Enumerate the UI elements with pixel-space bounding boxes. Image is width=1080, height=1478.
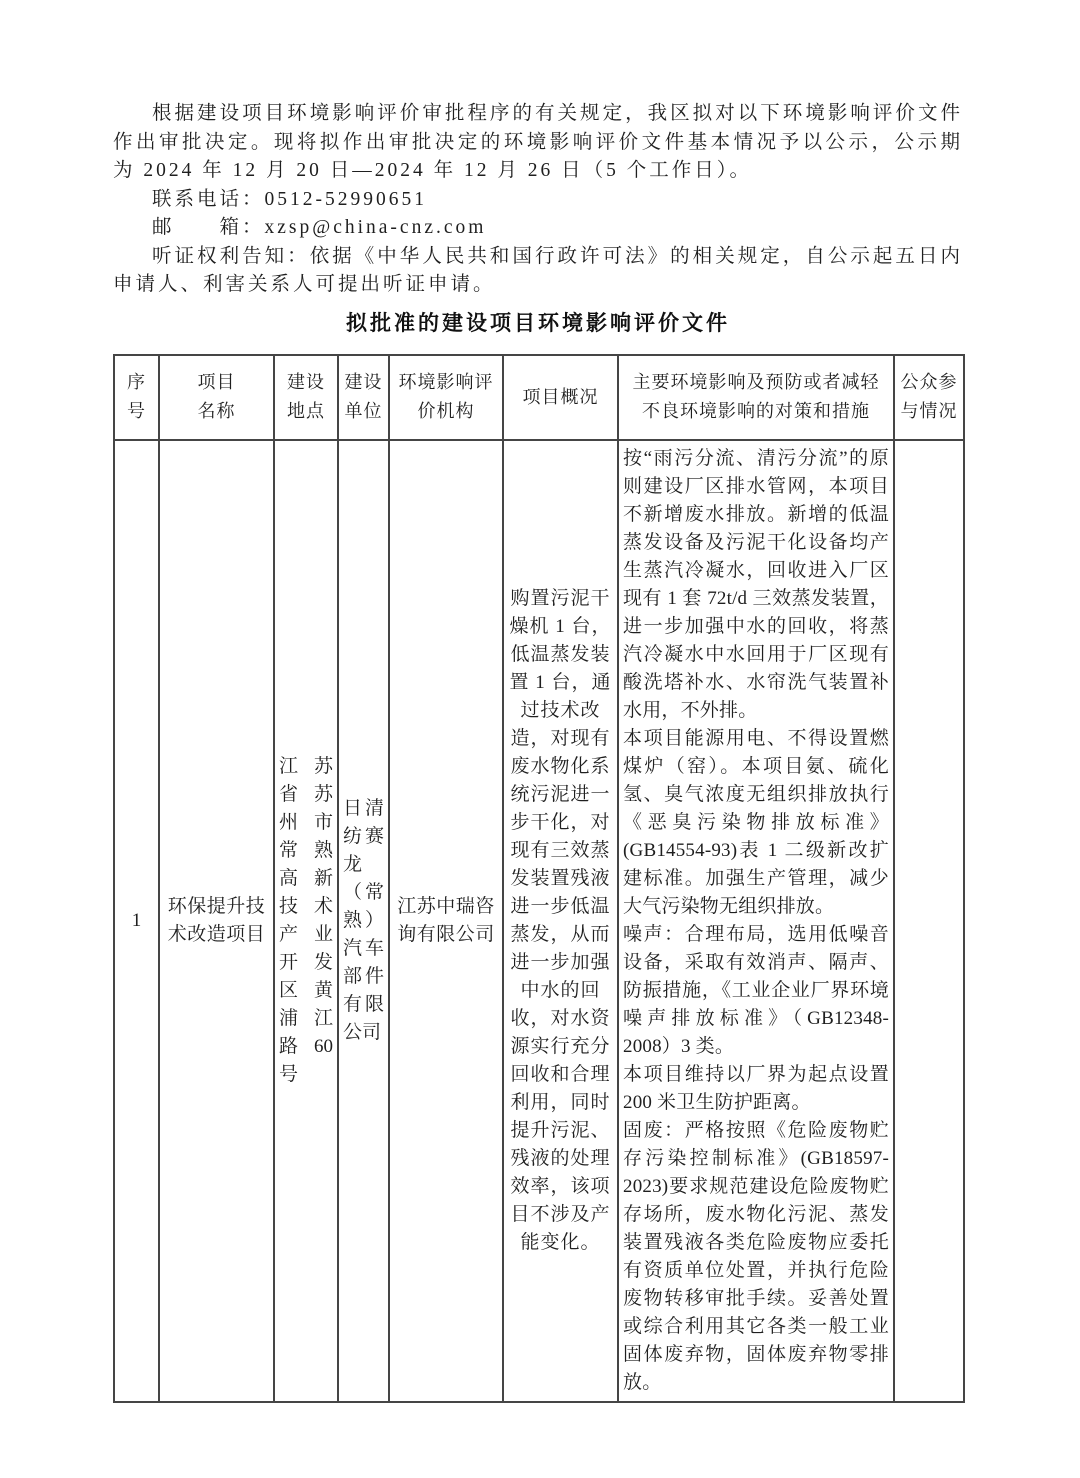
cell-builder: 日清纺赛龙（常熟）汽车部件有限公司 bbox=[338, 440, 389, 1402]
header-builder: 建设 单位 bbox=[338, 355, 389, 440]
contact-phone-line: 联系电话：0512-52990651 bbox=[113, 186, 963, 215]
contact-email-line: 邮 箱：xzsp@china-cnz.com bbox=[113, 214, 963, 243]
cell-eia-agency: 江苏中瑞咨询有限公司 bbox=[389, 440, 503, 1402]
header-location: 建设 地点 bbox=[274, 355, 338, 440]
header-project-name: 项目 名称 bbox=[159, 355, 274, 440]
header-eia-agency: 环境影响评 价机构 bbox=[389, 355, 503, 440]
cell-project-name: 环保提升技术改造项目 bbox=[159, 440, 274, 1402]
header-public-participation: 公众参 与情况 bbox=[894, 355, 964, 440]
header-impacts-measures: 主要环境影响及预防或者减轻 不良环境影响的对策和措施 bbox=[618, 355, 894, 440]
table-row: 1 环保提升技术改造项目 江苏省苏州市常熟高新技术产业开发区黄浦江路 60 号 … bbox=[114, 440, 964, 1402]
header-seq: 序号 bbox=[114, 355, 159, 440]
table-title: 拟批准的建设项目环境影响评价文件 bbox=[113, 307, 963, 337]
document-page: 根据建设项目环境影响评价审批程序的有关规定，我区拟对以下环境影响评价文件作出审批… bbox=[0, 0, 1080, 1478]
hearing-notice-line: 听证权利告知：依据《中华人民共和国行政许可法》的相关规定，自公示起五日内申请人、… bbox=[113, 243, 963, 300]
table-header-row: 序号 项目 名称 建设 地点 建设 单位 环境影响评 价机构 项目概况 主要环境… bbox=[114, 355, 964, 440]
cell-seq: 1 bbox=[114, 440, 159, 1402]
eia-approval-table: 序号 项目 名称 建设 地点 建设 单位 环境影响评 价机构 项目概况 主要环境… bbox=[113, 354, 965, 1403]
intro-section: 根据建设项目环境影响评价审批程序的有关规定，我区拟对以下环境影响评价文件作出审批… bbox=[113, 100, 963, 300]
intro-paragraph: 根据建设项目环境影响评价审批程序的有关规定，我区拟对以下环境影响评价文件作出审批… bbox=[113, 100, 963, 186]
cell-overview: 购置污泥干燥机 1 台，低温蒸发装置 1 台，通过技术改造，对现有废水物化系统污… bbox=[503, 440, 618, 1402]
cell-public-participation bbox=[894, 440, 964, 1402]
header-overview: 项目概况 bbox=[503, 355, 618, 440]
cell-impacts-measures: 按“雨污分流、清污分流”的原则建设厂区排水管网，本项目不新增废水排放。新增的低温… bbox=[618, 440, 894, 1402]
cell-location: 江苏省苏州市常熟高新技术产业开发区黄浦江路 60 号 bbox=[274, 440, 338, 1402]
